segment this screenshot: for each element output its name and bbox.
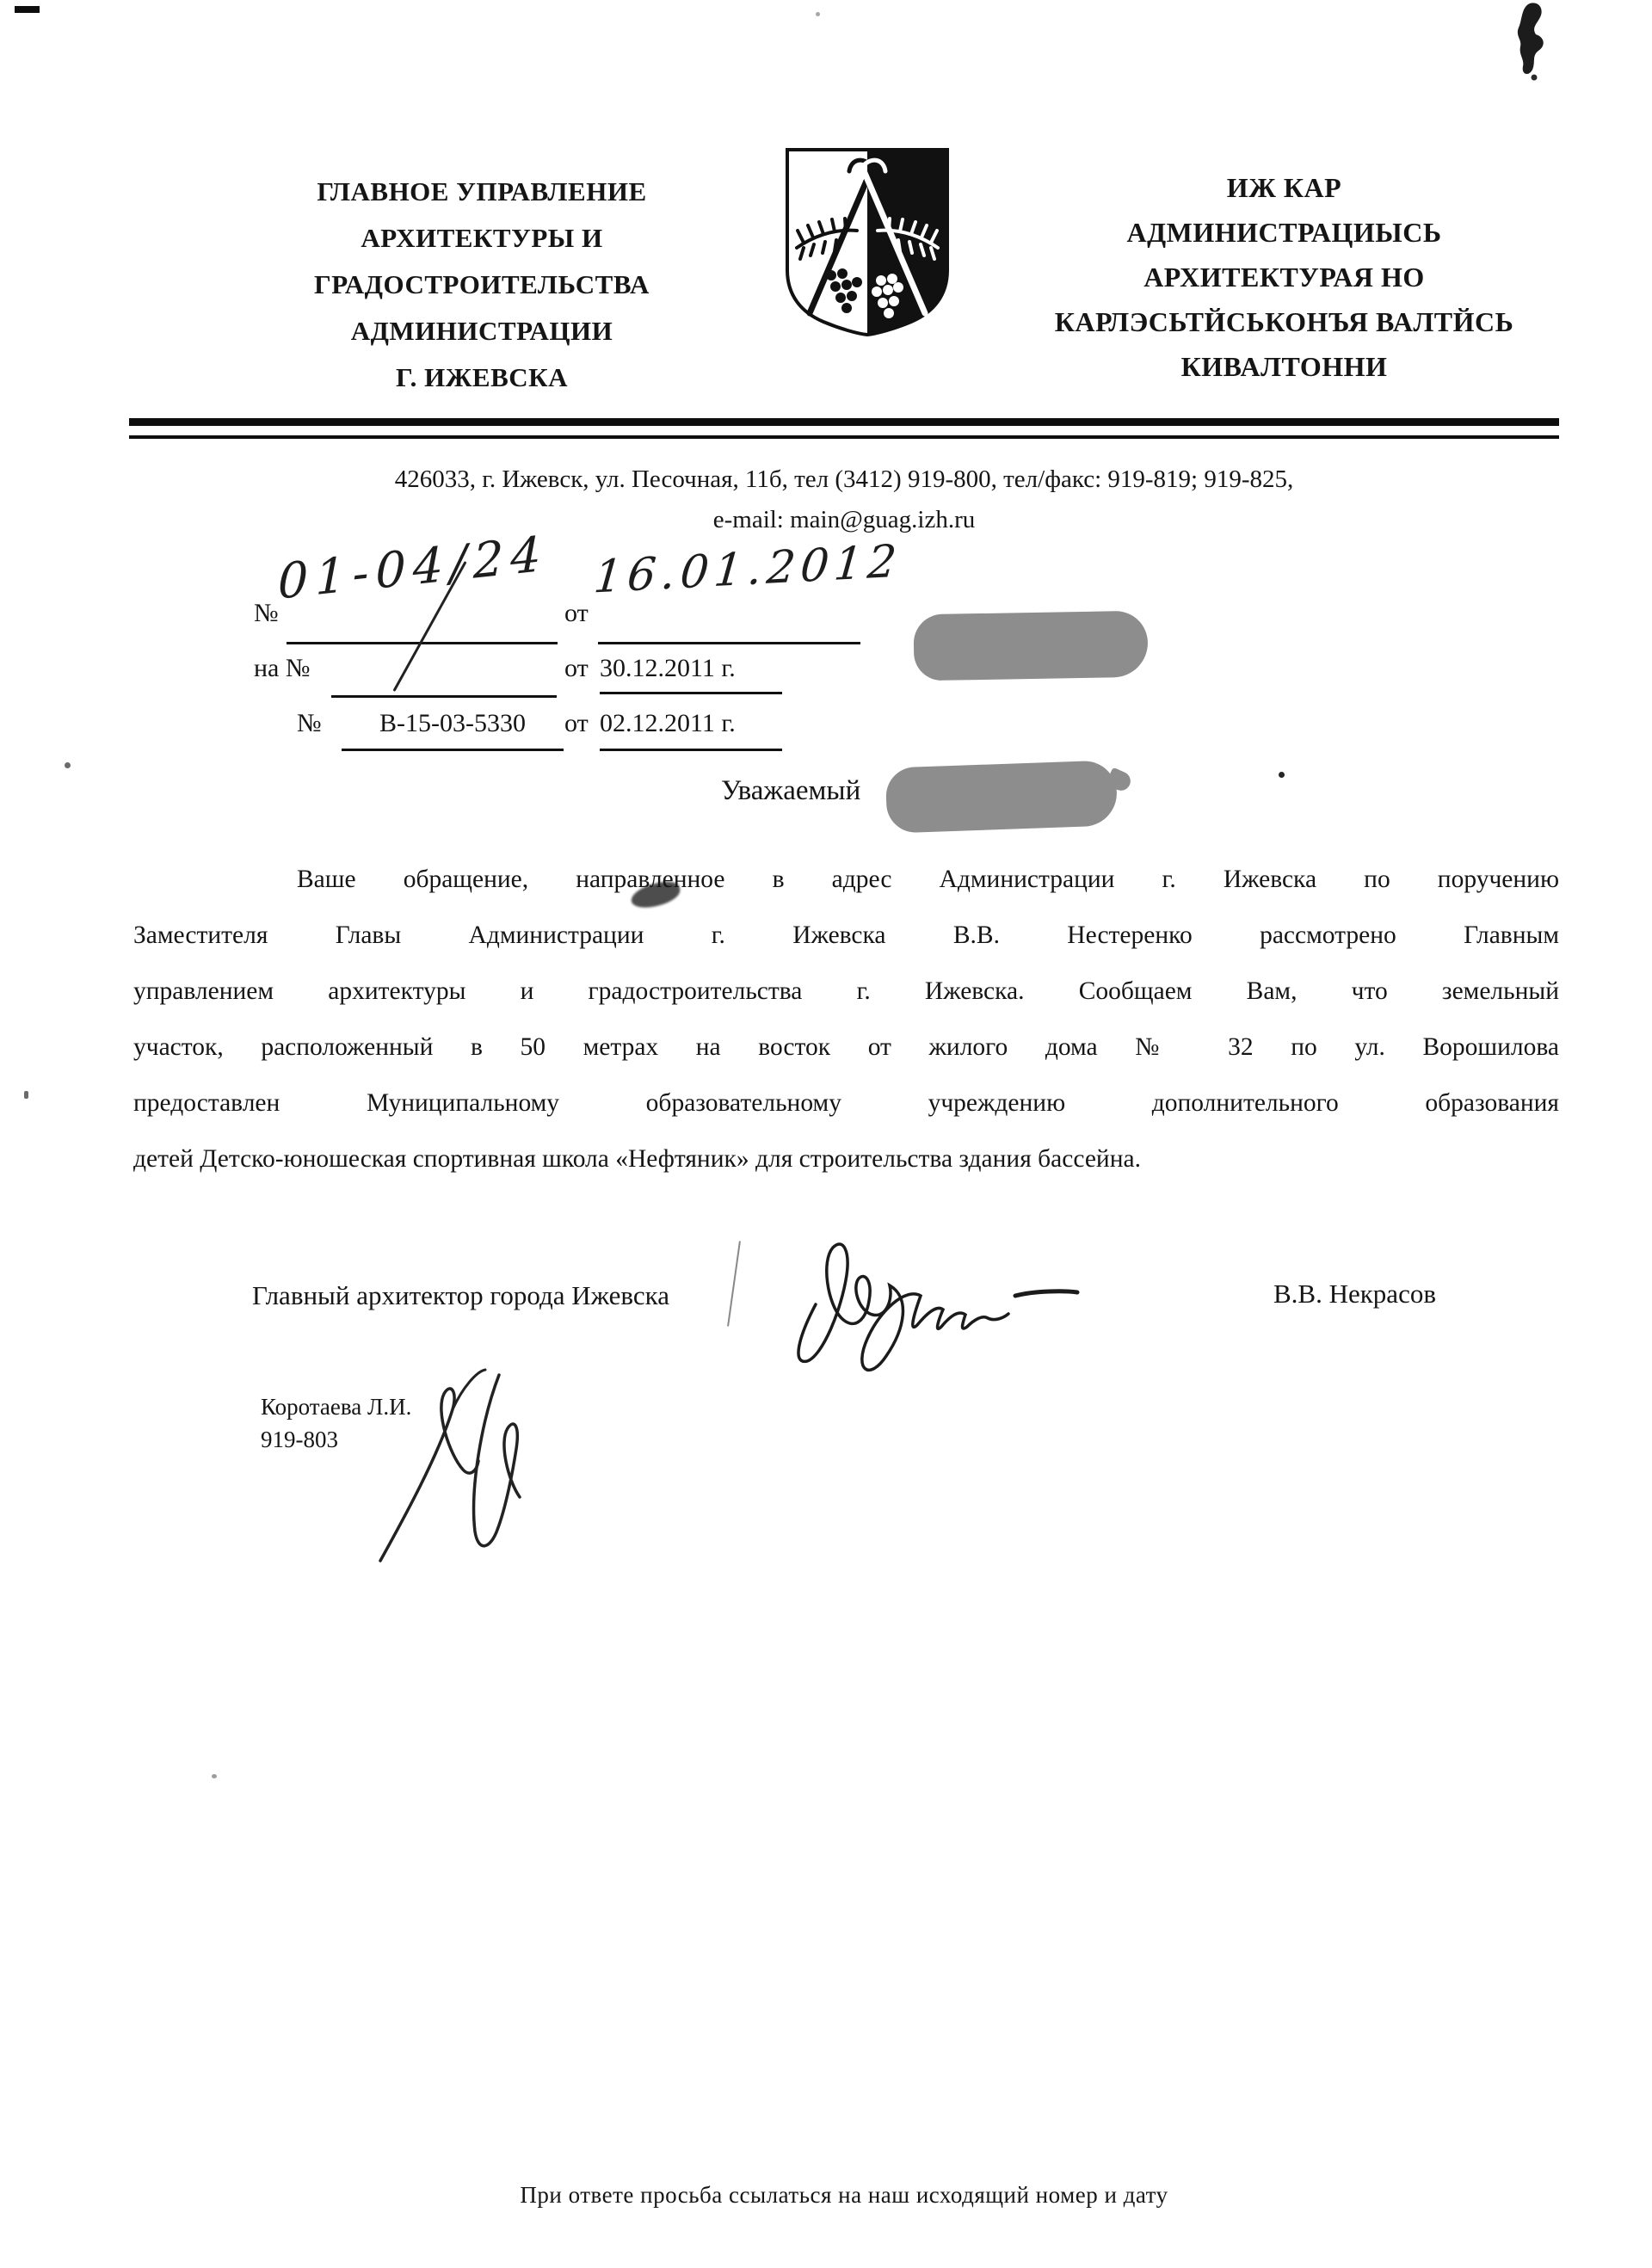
org-name-russian: ГЛАВНОЕ УПРАВЛЕНИЕ АРХИТЕКТУРЫ И ГРАДОСТ… xyxy=(198,169,766,401)
address-line: 426033, г. Ижевск, ул. Песочная, 11б, те… xyxy=(129,459,1559,500)
ref-row2-number-line xyxy=(331,656,557,698)
signatory-name: В.В. Некрасов xyxy=(1273,1279,1436,1310)
body-line: предоставлен Муниципальному образователь… xyxy=(133,1075,1559,1131)
redaction-blob-sender xyxy=(913,611,1148,681)
ref-row3-from-label: от xyxy=(564,709,589,738)
contact-block: 426033, г. Ижевск, ул. Песочная, 11б, те… xyxy=(129,459,1559,540)
ref-row3-date: 02.12.2011 г. xyxy=(600,709,782,751)
org-udm-line: АДМИНИСТРАЦИЫСЬ xyxy=(981,210,1587,255)
body-line: управлением архитектуры и градостроитель… xyxy=(133,964,1559,1020)
body-line: Ваше обращение, направленное в адрес Адм… xyxy=(133,852,1559,908)
email-line: e-mail: main@guag.izh.ru xyxy=(129,500,1559,540)
redaction-blob-addressee xyxy=(885,760,1118,833)
signature-nekrasov xyxy=(790,1223,1093,1385)
org-ru-line: АДМИНИСТРАЦИИ xyxy=(198,308,766,354)
scan-speck xyxy=(816,12,820,16)
scan-speck xyxy=(65,762,71,768)
footer-note: При ответе просьба ссылаться на наш исхо… xyxy=(129,2182,1559,2209)
ref-row1-date-line xyxy=(598,602,860,644)
header-rule-thick xyxy=(129,418,1559,426)
ref-row2-from-label: от xyxy=(564,654,589,683)
scan-artifact-dash xyxy=(15,6,40,13)
ref-row2-date: 30.12.2011 г. xyxy=(600,654,782,694)
body-line: участок, расположенный в 50 метрах на во… xyxy=(133,1020,1559,1075)
scanned-letter-page: ГЛАВНОЕ УПРАВЛЕНИЕ АРХИТЕКТУРЫ И ГРАДОСТ… xyxy=(0,0,1652,2268)
letter-body: Ваше обращение, направленное в адрес Адм… xyxy=(133,852,1559,1187)
scan-speck xyxy=(24,1091,28,1099)
executor-phone: 919-803 xyxy=(261,1427,338,1453)
org-ru-line: ГЛАВНОЕ УПРАВЛЕНИЕ xyxy=(198,169,766,215)
body-line: детей Детско-юношеская спортивная школа … xyxy=(133,1131,1559,1187)
ref-row2-no-label: на № xyxy=(254,654,311,683)
pen-slash-mark xyxy=(727,1241,741,1326)
ref-row3-no-label: № xyxy=(297,709,322,738)
signatory-position: Главный архитектор города Ижевска xyxy=(252,1280,669,1311)
body-line: Заместителя Главы Администрации г. Ижевс… xyxy=(133,908,1559,964)
handwritten-outgoing-date: 16.01.2012 xyxy=(592,535,904,603)
org-udm-line: АРХИТЕКТУРАЯ НО xyxy=(981,255,1587,299)
org-udm-line: КАРЛЭСЬТЙСЬКОНЪЯ ВАЛТЙСЬ xyxy=(981,299,1587,344)
org-udm-line: КИВАЛТОННИ xyxy=(981,344,1587,389)
salutation-text: Уважаемый xyxy=(721,775,860,807)
org-udm-line: ИЖ КАР xyxy=(981,165,1587,210)
ref-row3-number: В-15-03-5330 xyxy=(342,709,564,751)
ref-row1-from-label: от xyxy=(564,599,589,628)
izhevsk-coat-of-arms-icon xyxy=(781,145,953,337)
scan-speck xyxy=(212,1774,217,1778)
scan-speck xyxy=(1279,772,1285,778)
org-ru-line: Г. ИЖЕВСКА xyxy=(198,354,766,401)
org-ru-line: АРХИТЕКТУРЫ И xyxy=(198,215,766,262)
org-name-udmurt: ИЖ КАР АДМИНИСТРАЦИЫСЬ АРХИТЕКТУРАЯ НО К… xyxy=(981,165,1587,389)
org-ru-line: ГРАДОСТРОИТЕЛЬСТВА xyxy=(198,262,766,308)
ref-row1-no-label: № xyxy=(254,599,279,628)
ink-blot-icon xyxy=(1506,2,1556,84)
header-rule-thin xyxy=(129,435,1559,439)
signature-korotaeva xyxy=(370,1366,535,1571)
